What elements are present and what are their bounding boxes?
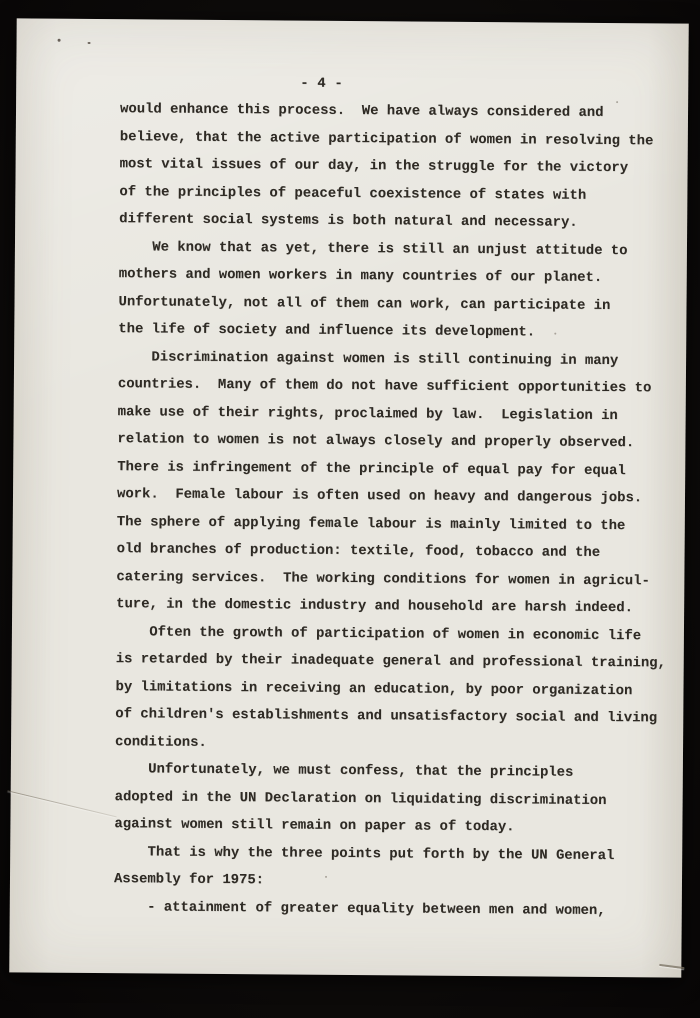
paper-speck (325, 876, 327, 878)
paper-speck (554, 333, 556, 335)
paragraph: That is why the three points put forth b… (114, 839, 676, 898)
paper-speck (88, 42, 91, 44)
scan-background: - 4 - would enhance this process. We hav… (0, 0, 700, 1018)
paper-speck (616, 101, 618, 103)
document-body: would enhance this process. We have alwa… (114, 96, 682, 925)
paragraph: Often the growth of participation of wom… (115, 619, 678, 761)
paragraph: Unfortunately, we must confess, that the… (114, 756, 677, 843)
paragraph: Discrimination against women is still co… (116, 344, 680, 623)
paragraph: would enhance this process. We have alwa… (119, 96, 682, 238)
paragraph: We know that as yet, there is still an u… (118, 234, 681, 348)
scanned-page: - 4 - would enhance this process. We hav… (9, 18, 688, 977)
paper-crease (7, 790, 116, 817)
paper-tear (659, 964, 684, 969)
paper-speck (58, 39, 61, 42)
list-item-paragraph: - attainment of greater equality between… (114, 894, 676, 926)
page-number: - 4 - (300, 71, 343, 99)
